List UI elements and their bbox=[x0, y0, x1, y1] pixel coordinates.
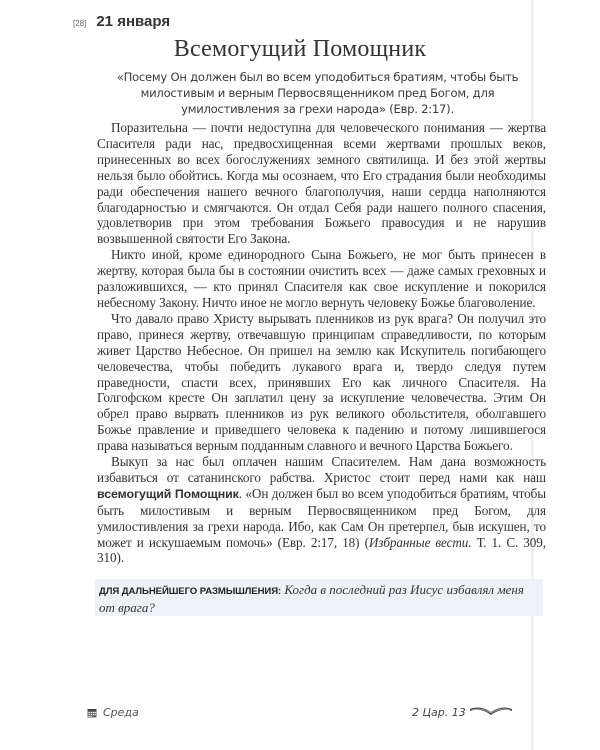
footer-reading: 2 Цар. 13 bbox=[412, 705, 513, 720]
reading-body: Поразительна — почти недоступна для чело… bbox=[97, 120, 546, 566]
source-title: Избранные вести. bbox=[369, 535, 472, 550]
bold-phrase: всемогущий Помощник bbox=[97, 487, 239, 501]
reflection-box: ДЛЯ ДАЛЬНЕЙШЕГО РАЗМЫШЛЕНИЯ: Когда в пос… bbox=[95, 579, 543, 616]
paragraph: Поразительна — почти недоступна для чело… bbox=[97, 120, 546, 247]
day-of-week: Среда bbox=[103, 706, 139, 719]
paragraph: Что давало право Христу вырывать пленник… bbox=[97, 311, 546, 454]
paragraph-final: Выкуп за нас был оплачен нашим Спасителе… bbox=[97, 454, 546, 566]
page-number: [28] bbox=[73, 19, 86, 28]
text-run: Выкуп за нас был оплачен нашим Спасителе… bbox=[97, 454, 546, 485]
page-header: [28] 21 января bbox=[73, 13, 170, 30]
reading-title: Всемогущий Помощник bbox=[0, 36, 600, 63]
paragraph: Никто иной, кроме единородного Сына Божь… bbox=[97, 247, 546, 311]
open-book-icon bbox=[469, 705, 513, 720]
page-date: 21 января bbox=[96, 13, 170, 30]
calendar-icon bbox=[87, 708, 97, 718]
epigraph-verse: «Посему Он должен был во всем уподобитьс… bbox=[95, 69, 540, 118]
footer-day: Среда bbox=[87, 706, 139, 719]
reflection-label: ДЛЯ ДАЛЬНЕЙШЕГО РАЗМЫШЛЕНИЯ: bbox=[99, 586, 281, 597]
bible-reading: 2 Цар. 13 bbox=[412, 706, 466, 719]
